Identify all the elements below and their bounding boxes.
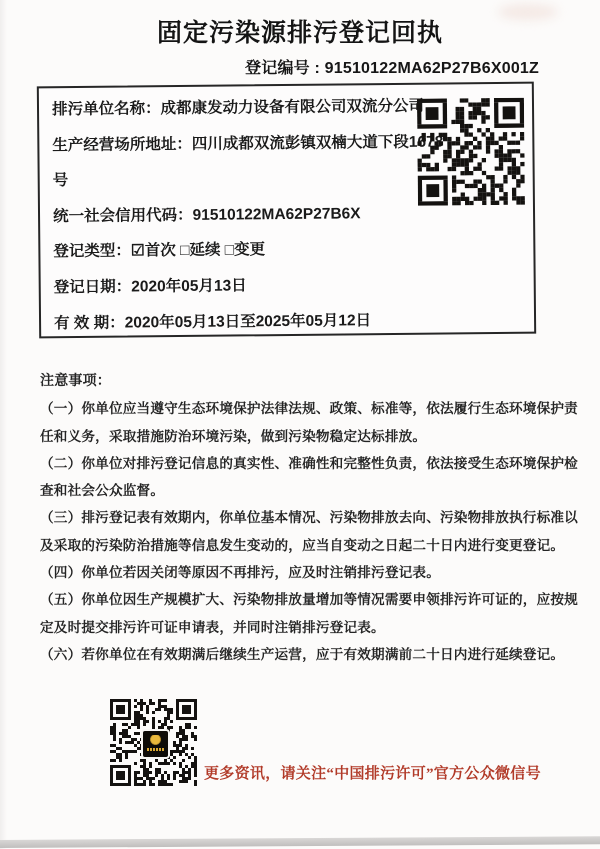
notice-item-6: （六）若你单位在有效期满后继续生产运营，应于有效期满前二十日内进行延续登记。 [40,641,570,668]
notice-item-5-line1: （五）你单位因生产规模扩大、污染物排放量增加等情况需要申领排污许可证的，应按规 [40,586,570,613]
registration-qr-code-icon [417,98,525,206]
notice-item-1-line2: 任和义务，采取措施防治环境污染，做到污染物稳定达标排放。 [40,423,570,450]
notice-item-2-line1: （二）你单位对排污登记信息的真实性、准确性和完整性负责，依法接受生态环境保护检 [40,450,570,477]
notice-item-5-line2: 定及时提交排污许可证申请表，并同时注销排污登记表。 [40,614,570,641]
notice-item-3-line1: （三）排污登记表有效期内，你单位基本情况、污染物排放去向、污染物排放执行标准以 [40,504,570,531]
field-address-line2: 号 [53,166,413,205]
scan-edge-bottom [0,836,600,848]
page-title: 固定污染源排污登记回执 [0,13,600,49]
registration-info-box: 排污单位名称：成都康发动力设备有限公司双流分公司 生产经营场所地址：四川成都双流… [37,82,536,339]
field-credit-code: 统一社会信用代码：91510122MA62P27B6X [53,202,413,241]
registration-number: 登记编号 : 91510122MA62P27B6X001Z [245,55,539,78]
field-unit-name: 排污单位名称：成都康发动力设备有限公司双流分公司 [52,95,412,134]
field-registration-type: 登记类型：☑首次 □延续 □变更 [53,237,413,276]
scanned-document-page: { "page": { "title": "固定污染源排污登记回执", "reg… [0,0,600,849]
wechat-followup-notice: 更多资讯，请关注“中国排污许可”官方公众微信号 [204,762,541,783]
notice-section: 注意事项： （一）你单位应当遵守生态环境保护法律法规、政策、标准等，依法履行生态… [40,368,570,668]
field-registration-date: 登记日期：2020年05月13日 [54,273,414,312]
gold-crest-icon [150,735,161,745]
wechat-qr-code-icon [110,699,197,786]
info-rows: 排污单位名称：成都康发动力设备有限公司双流分公司 生产经营场所地址：四川成都双流… [52,95,414,348]
notice-item-2-line2: 查和社会公众监督。 [40,477,570,504]
scan-edge-left [0,0,7,849]
field-address-line1: 生产经营场所地址：四川成都双流彭镇双楠大道下段1678 [52,130,412,169]
notice-item-1-line1: （一）你单位应当遵守生态环境保护法律法规、政策、标准等，依法履行生态环境保护责 [40,395,570,422]
gold-crest-caption [147,748,164,751]
notice-item-4: （四）你单位若因关闭等原因不再排污，应及时注销排污登记表。 [40,559,570,586]
wechat-qr-center-logo [141,729,170,759]
field-validity-period: 有 效 期：2020年05月13日至2025年05月12日 [54,308,414,347]
notice-heading: 注意事项： [40,368,570,395]
notice-item-3-line2: 及采取的污染防治措施等信息发生变动的，应当自变动之日起二十日内进行变更登记。 [40,532,570,559]
